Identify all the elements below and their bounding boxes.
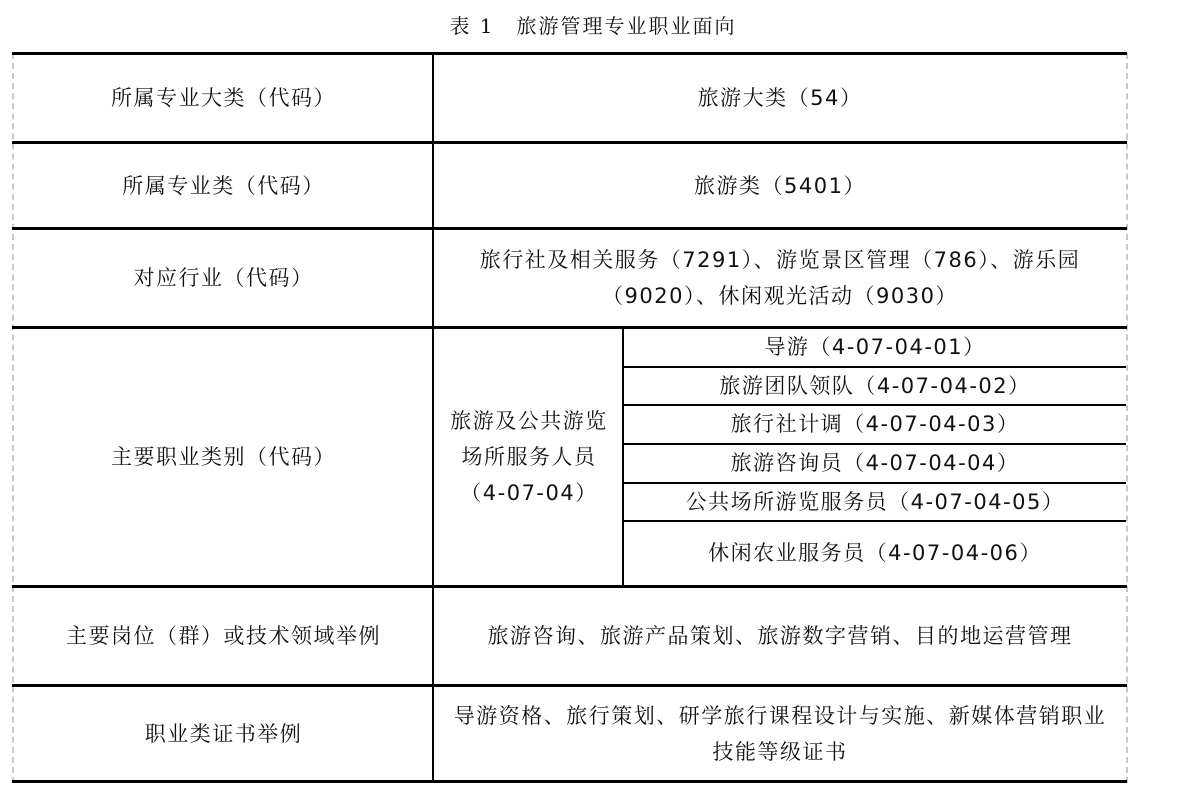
occupation-item: 旅游咨询员（4-07-04-04） [625,444,1125,482]
row-label-positions: 主要岗位（群）或技术领域举例 [14,588,433,684]
occupation-item: 休闲农业服务员（4-07-04-06） [625,521,1125,585]
row-label-major-class: 所属专业类（代码） [14,144,433,227]
row-value-major-category: 旅游大类（54） [435,55,1125,141]
row-value-industry: 旅行社及相关服务（7291）、游览景区管理（786）、游乐园（9020）、休闲观… [435,230,1125,326]
occupation-item: 公共场所游览服务员（4-07-04-05） [625,483,1125,520]
row-value-major-class: 旅游类（5401） [435,144,1125,227]
row-value-positions: 旅游咨询、旅游产品策划、旅游数字营销、目的地运营管理 [435,588,1125,684]
row-value-certificates: 导游资格、旅行策划、研学旅行课程设计与实施、新媒体营销职业技能等级证书 [435,687,1125,780]
row-label-industry: 对应行业（代码） [14,230,433,326]
occupation-group: 旅游及公共游览场所服务人员（4-07-04） [435,329,623,585]
page-margin-right [1126,53,1128,783]
row-label-certificates: 职业类证书举例 [14,687,433,780]
row-label-occupation: 主要职业类别（代码） [14,329,433,585]
table-caption: 表 1 旅游管理专业职业面向 [0,10,1186,39]
occupation-item: 导游（4-07-04-01） [625,328,1125,366]
table-bottom-border [12,780,1127,783]
occupation-item: 旅游团队领队（4-07-04-02） [625,367,1125,404]
occupation-item: 旅行社计调（4-07-04-03） [625,405,1125,443]
row-label-major-category: 所属专业大类（代码） [14,55,433,141]
